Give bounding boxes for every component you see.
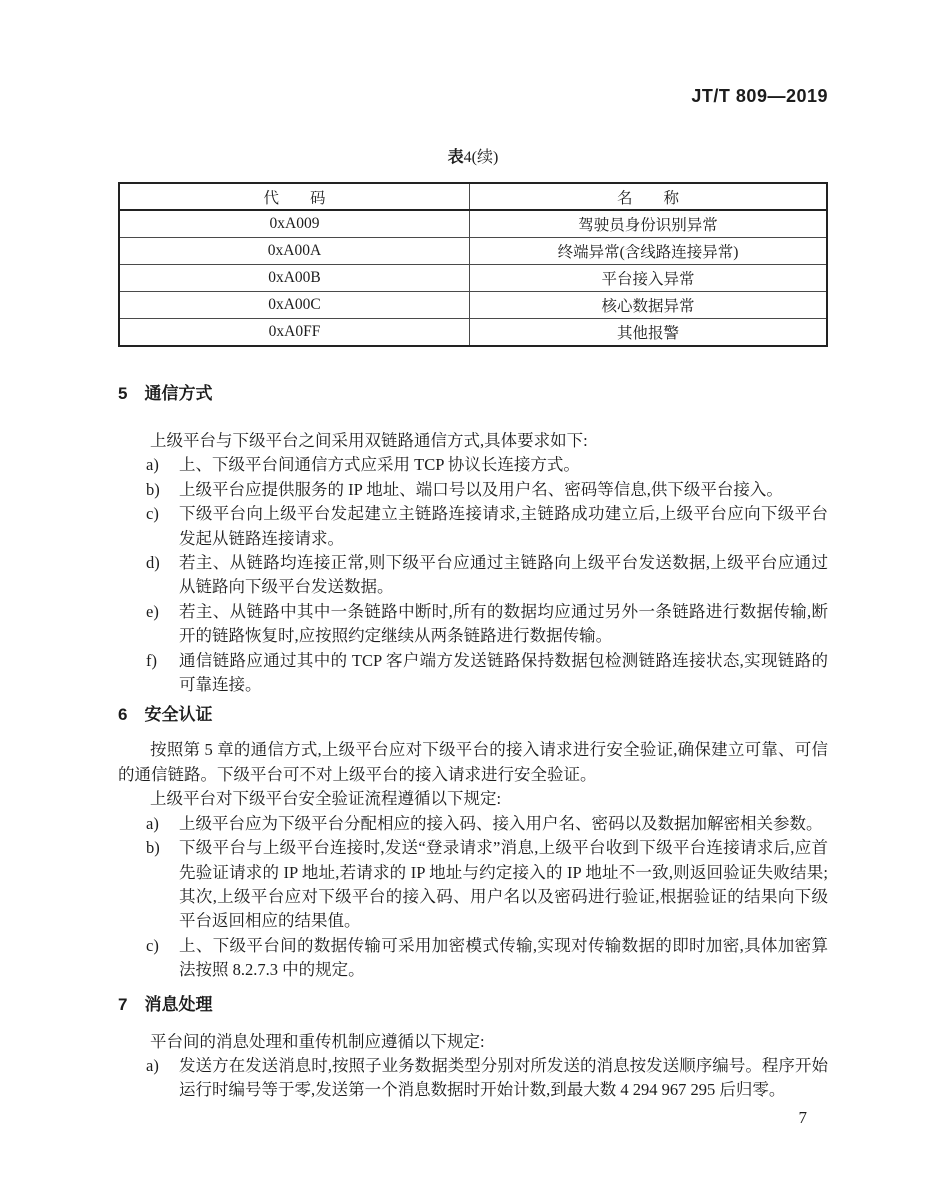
list-item-text: 通信链路应通过其中的 TCP 客户端方发送链路保持数据包检测链路连接状态,实现链… <box>179 651 828 694</box>
section-7-number: 7 <box>118 993 127 1016</box>
list-item-text: 若主、从链路中其中一条链路中断时,所有的数据均应通过另外一条链路进行数据传输,断… <box>179 602 828 645</box>
list-item: a) 发送方在发送消息时,按照子业务数据类型分别对所发送的消息按发送顺序编号。程… <box>118 1054 828 1103</box>
alarm-code-table: 代 码 名 称 0xA009 驾驶员身份识别异常 0xA00A 终端异常(含线路… <box>118 182 828 347</box>
code-cell: 0xA00B <box>119 265 469 292</box>
list-item-text: 发送方在发送消息时,按照子业务数据类型分别对所发送的消息按发送顺序编号。程序开始… <box>179 1056 828 1099</box>
list-item-label: a) <box>146 812 159 836</box>
document-page: JT/T 809—2019 表4(续) 代 码 名 称 0xA009 驾驶员身份… <box>0 0 940 1200</box>
list-item: d) 若主、从链路均连接正常,则下级平台应通过主链路向上级平台发送数据,上级平台… <box>118 551 828 600</box>
section-5-intro: 上级平台与下级平台之间采用双链路通信方式,具体要求如下: <box>118 429 828 453</box>
section-6-number: 6 <box>118 703 127 726</box>
table-row: 0xA00A 终端异常(含线路连接异常) <box>119 238 827 265</box>
section-7-list: a) 发送方在发送消息时,按照子业务数据类型分别对所发送的消息按发送顺序编号。程… <box>118 1054 828 1103</box>
code-cell: 0xA0FF <box>119 319 469 347</box>
list-item-text: 上级平台应为下级平台分配相应的接入码、接入用户名、密码以及数据加解密相关参数。 <box>179 814 823 833</box>
list-item-text: 下级平台与上级平台连接时,发送“登录请求”消息,上级平台收到下级平台连接请求后,… <box>179 838 828 930</box>
list-item-text: 下级平台向上级平台发起建立主链路连接请求,主链路成功建立后,上级平台应向下级平台… <box>179 504 828 547</box>
table-row: 0xA009 驾驶员身份识别异常 <box>119 210 827 238</box>
section-5-list: a) 上、下级平台间通信方式应采用 TCP 协议长连接方式。 b) 上级平台应提… <box>118 453 828 697</box>
name-cell: 其他报警 <box>469 319 827 347</box>
section-7-intro: 平台间的消息处理和重传机制应遵循以下规定: <box>118 1030 828 1054</box>
name-cell: 平台接入异常 <box>469 265 827 292</box>
section-6-intro: 上级平台对下级平台安全验证流程遵循以下规定: <box>118 787 828 811</box>
list-item-label: c) <box>146 502 159 526</box>
list-item-label: d) <box>146 551 160 575</box>
list-item-label: c) <box>146 934 159 958</box>
section-6-paragraph: 按照第 5 章的通信方式,上级平台应对下级平台的接入请求进行安全验证,确保建立可… <box>118 738 828 787</box>
list-item-text: 上级平台应提供服务的 IP 地址、端口号以及用户名、密码等信息,供下级平台接入。 <box>179 480 783 499</box>
list-item: c) 上、下级平台间的数据传输可采用加密模式传输,实现对传输数据的即时加密,具体… <box>118 934 828 983</box>
section-7-heading: 7消息处理 <box>118 993 828 1016</box>
list-item-text: 上、下级平台间的数据传输可采用加密模式传输,实现对传输数据的即时加密,具体加密算… <box>179 936 828 979</box>
code-cell: 0xA009 <box>119 210 469 238</box>
list-item: b) 下级平台与上级平台连接时,发送“登录请求”消息,上级平台收到下级平台连接请… <box>118 836 828 934</box>
list-item: c) 下级平台向上级平台发起建立主链路连接请求,主链路成功建立后,上级平台应向下… <box>118 502 828 551</box>
section-6-title: 安全认证 <box>144 705 212 724</box>
name-cell: 核心数据异常 <box>469 292 827 319</box>
name-column-header: 名 称 <box>469 183 827 210</box>
table-caption-suffix: 4(续) <box>464 149 499 166</box>
section-6-heading: 6安全认证 <box>118 703 828 726</box>
list-item-label: f) <box>146 649 157 673</box>
list-item: f) 通信链路应通过其中的 TCP 客户端方发送链路保持数据包检测链路连接状态,… <box>118 649 828 698</box>
code-cell: 0xA00C <box>119 292 469 319</box>
list-item-label: b) <box>146 836 160 860</box>
list-item-text: 上、下级平台间通信方式应采用 TCP 协议长连接方式。 <box>179 455 580 474</box>
code-cell: 0xA00A <box>119 238 469 265</box>
table-caption-prefix: 表 <box>448 149 464 166</box>
code-column-header: 代 码 <box>119 183 469 210</box>
table-row: 0xA0FF 其他报警 <box>119 319 827 347</box>
section-6-list: a) 上级平台应为下级平台分配相应的接入码、接入用户名、密码以及数据加解密相关参… <box>118 812 828 983</box>
list-item: b) 上级平台应提供服务的 IP 地址、端口号以及用户名、密码等信息,供下级平台… <box>118 478 828 502</box>
section-5-title: 通信方式 <box>144 384 212 403</box>
section-5-heading: 5通信方式 <box>118 382 828 405</box>
page-number: 7 <box>118 1107 828 1129</box>
list-item-label: a) <box>146 453 159 477</box>
section-5-number: 5 <box>118 382 127 405</box>
table-row: 0xA00B 平台接入异常 <box>119 265 827 292</box>
name-cell: 驾驶员身份识别异常 <box>469 210 827 238</box>
list-item: e) 若主、从链路中其中一条链路中断时,所有的数据均应通过另外一条链路进行数据传… <box>118 600 828 649</box>
name-cell: 终端异常(含线路连接异常) <box>469 238 827 265</box>
list-item-text: 若主、从链路均连接正常,则下级平台应通过主链路向上级平台发送数据,上级平台应通过… <box>179 553 828 596</box>
table-header-row: 代 码 名 称 <box>119 183 827 210</box>
table-row: 0xA00C 核心数据异常 <box>119 292 827 319</box>
standard-number-header: JT/T 809—2019 <box>118 86 828 107</box>
list-item: a) 上、下级平台间通信方式应采用 TCP 协议长连接方式。 <box>118 453 828 477</box>
list-item-label: b) <box>146 478 160 502</box>
table-caption: 表4(续) <box>118 148 828 168</box>
list-item: a) 上级平台应为下级平台分配相应的接入码、接入用户名、密码以及数据加解密相关参… <box>118 812 828 836</box>
list-item-label: e) <box>146 600 159 624</box>
list-item-label: a) <box>146 1054 159 1078</box>
section-7-title: 消息处理 <box>144 995 212 1014</box>
